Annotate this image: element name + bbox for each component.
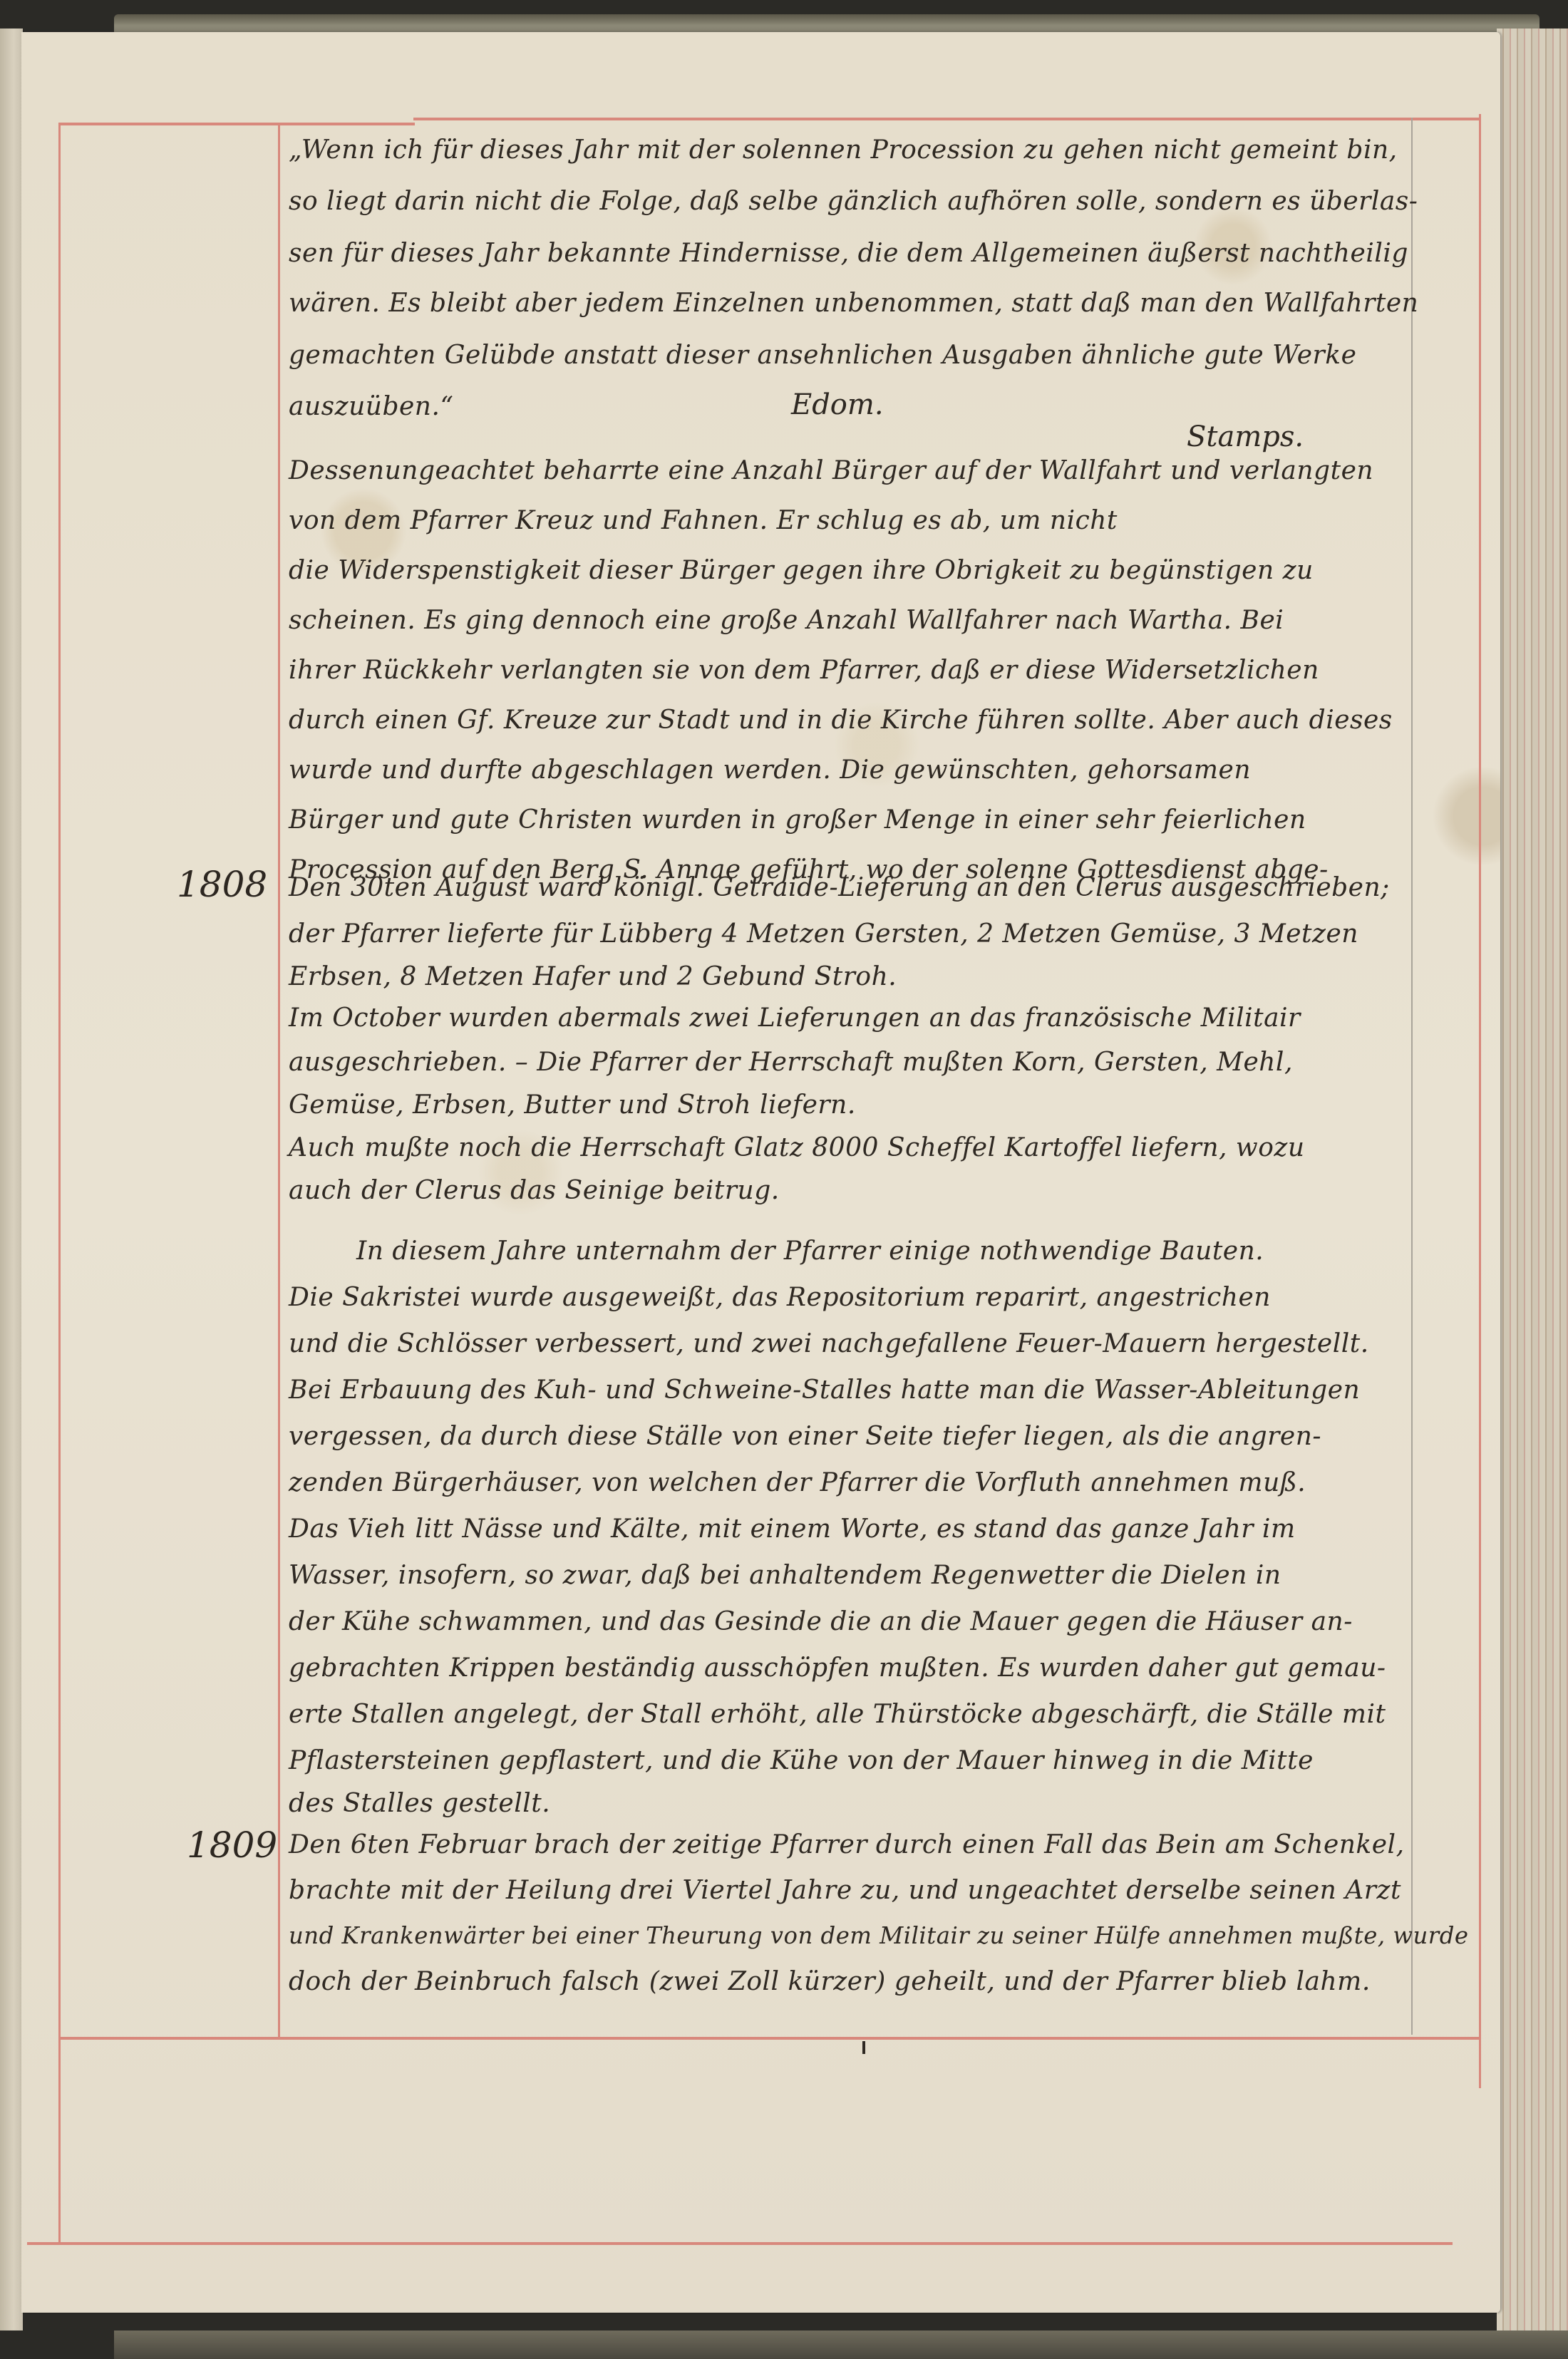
text-line: der Kühe schwammen, und das Gesinde die … <box>289 1607 1353 1636</box>
text-line: Gemüse, Erbsen, Butter und Stroh liefern… <box>289 1090 856 1120</box>
text-line: von dem Pfarrer Kreuz und Fahnen. Er sch… <box>289 506 1118 535</box>
text-line: „Wenn ich für dieses Jahr mit der solenn… <box>289 135 1398 165</box>
text-line: der Pfarrer lieferte für Lübberg 4 Metze… <box>289 919 1358 949</box>
pencil-guide-line <box>1411 118 1413 2035</box>
margin-rule <box>278 123 280 2038</box>
text-line: auch der Clerus das Seinige beitrug. <box>289 1176 780 1205</box>
text-line: durch einen Gf. Kreuze zur Stadt und in … <box>289 706 1393 735</box>
text-line: gemachten Gelübde anstatt dieser ansehnl… <box>289 341 1356 370</box>
text-line: erte Stallen angelegt, der Stall erhöht,… <box>289 1700 1386 1729</box>
text-line: In diesem Jahre unternahm der Pfarrer ei… <box>356 1237 1264 1266</box>
text-line: Dessenungeachtet beharrte eine Anzahl Bü… <box>289 456 1373 485</box>
text-line: so liegt darin nicht die Folge, daß selb… <box>289 187 1418 216</box>
text-line: ausgeschrieben. – Die Pfarrer der Herrsc… <box>289 1048 1293 1077</box>
text-line: Das Vieh litt Nässe und Kälte, mit einem… <box>289 1514 1296 1544</box>
text-line: Auch mußte noch die Herrschaft Glatz 800… <box>289 1133 1305 1162</box>
text-line: auszuüben.“ <box>289 392 453 421</box>
top-rule-right <box>413 118 1480 120</box>
text-line: die Widerspenstigkeit dieser Bürger gege… <box>289 556 1314 585</box>
signature-stamps: Stamps. <box>1187 420 1304 453</box>
text-line: Den 6ten Februar brach der zeitige Pfarr… <box>289 1830 1405 1859</box>
text-line: scheinen. Es ging dennoch eine große Anz… <box>289 606 1284 635</box>
text-line: Pflastersteinen gepflastert, und die Küh… <box>289 1746 1314 1775</box>
book-gutter <box>0 29 23 2330</box>
page-stack-edges <box>1497 29 1568 2330</box>
text-line: Erbsen, 8 Metzen Hafer und 2 Gebund Stro… <box>289 962 897 991</box>
text-line: Die Sakristei wurde ausgeweißt, das Repo… <box>289 1283 1271 1312</box>
text-line: Bürger und gute Christen wurden in große… <box>289 805 1306 835</box>
text-line: und Krankenwärter bei einer Theurung von… <box>289 1921 1469 1949</box>
right-rule <box>1479 114 1481 2088</box>
lower-rule <box>61 2037 1480 2040</box>
text-line: wären. Es bleibt aber jedem Einzelnen un… <box>289 289 1418 318</box>
text-line: des Stalles gestellt. <box>289 1789 550 1818</box>
text-line: Bei Erbauung des Kuh- und Schweine-Stall… <box>289 1375 1360 1405</box>
text-line: Den 30ten August ward königl. Getraide-L… <box>289 873 1390 902</box>
text-line: zenden Bürgerhäuser, von welchen der Pfa… <box>289 1468 1306 1497</box>
text-line: gebrachten Krippen beständig ausschöpfen… <box>289 1653 1386 1683</box>
text-line: und die Schlösser verbessert, und zwei n… <box>289 1329 1369 1358</box>
text-line: doch der Beinbruch falsch (zwei Zoll kür… <box>289 1967 1371 1996</box>
top-rule <box>58 123 415 125</box>
text-line: wurde und durfte abgeschlagen werden. Di… <box>289 755 1251 785</box>
text-line: brachte mit der Heilung drei Viertel Jah… <box>289 1876 1401 1905</box>
signature-edom: Edom. <box>791 388 884 421</box>
text-line: Im October wurden abermals zwei Lieferun… <box>289 1003 1301 1033</box>
text-line: sen für dieses Jahr bekannte Hindernisse… <box>289 239 1408 268</box>
margin-year-1808: 1808 <box>177 864 267 905</box>
bottom-rule <box>27 2242 1453 2245</box>
center-tick-mark <box>862 2041 865 2054</box>
book-cover-bottom-edge <box>114 2330 1568 2359</box>
text-line: ihrer Rückkehr verlangten sie von dem Pf… <box>289 656 1319 685</box>
text-line: vergessen, da durch diese Ställe von ein… <box>289 1422 1321 1451</box>
margin-year-1809: 1809 <box>187 1824 277 1866</box>
text-line: Wasser, insofern, so zwar, daß bei anhal… <box>289 1561 1281 1590</box>
outer-left-rule <box>58 123 61 2245</box>
